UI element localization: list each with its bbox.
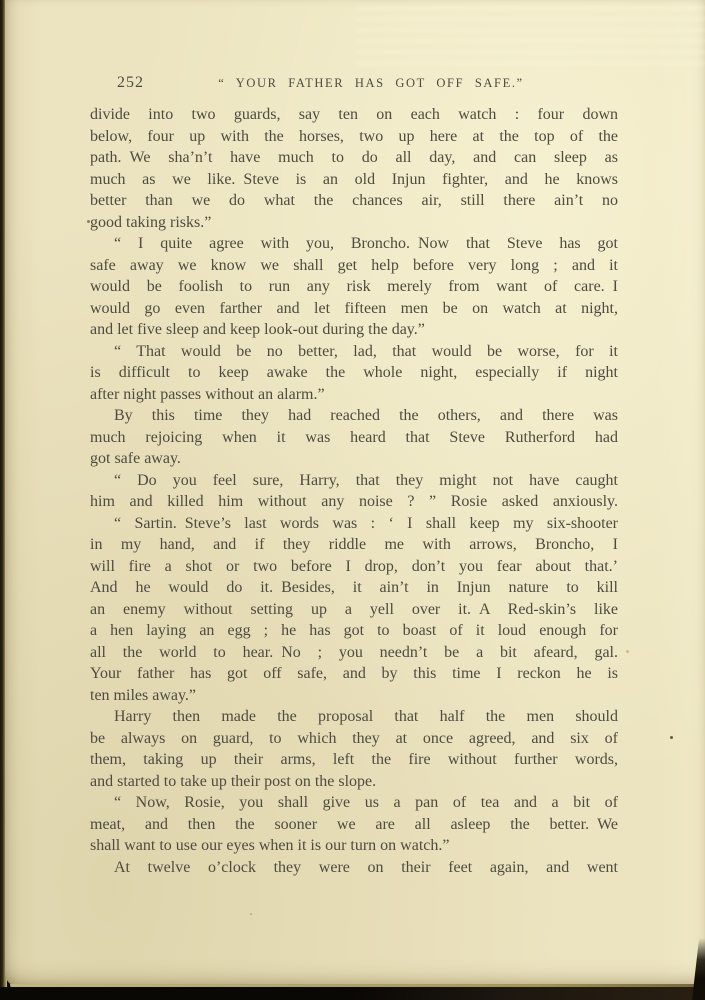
paper-speck	[670, 736, 673, 739]
scanned-book-page: 252 “ YOUR FATHER HAS GOT OFF SAFE.” div…	[0, 0, 705, 1000]
bottom-dark-band	[0, 987, 705, 1000]
paper-speck	[250, 913, 252, 915]
text-line: By this time they had reached the others…	[90, 405, 618, 427]
text-line: after night passes without an alarm.”	[90, 384, 618, 406]
text-line: Your father has got off safe, and by thi…	[90, 663, 618, 685]
text-line: below, four up with the horses, two up h…	[90, 126, 618, 148]
paragraph: “ Now, Rosie, you shall give us a pan of…	[90, 792, 618, 857]
text-line: “ Sartin. Steve’s last words was : ‘ I s…	[90, 513, 618, 535]
text-line: got safe away.	[90, 448, 618, 470]
text-line: much as we like. Steve is an old Injun f…	[90, 169, 618, 191]
scan-streaks	[355, 6, 705, 72]
text-line: will fire a shot or two before I drop, d…	[90, 556, 618, 578]
text-line: And he would do it. Besides, it ain’t in…	[90, 577, 618, 599]
text-line: in my hand, and if they riddle me with a…	[90, 534, 618, 556]
text-line: At twelve o’clock they were on their fee…	[90, 857, 618, 879]
paragraph: By this time they had reached the others…	[90, 405, 618, 470]
body-text: divide into two guards, say ten on each …	[90, 104, 618, 878]
text-line: is difficult to keep awake the whole nig…	[90, 362, 618, 384]
text-line: would be foolish to run any risk merely …	[90, 276, 618, 298]
running-title: “ YOUR FATHER HAS GOT OFF SAFE.”	[218, 76, 523, 91]
text-line: better than we do what the chances air, …	[90, 190, 618, 212]
text-line: and let five sleep and keep look-out dur…	[90, 319, 618, 341]
text-line: path. We sha’n’t have much to do all day…	[90, 147, 618, 169]
paper-speck	[87, 220, 90, 223]
text-line: be always on guard, to which they at onc…	[90, 728, 618, 750]
text-line: him and killed him without any noise ? ”…	[90, 491, 618, 513]
text-line: much rejoicing when it was heard that St…	[90, 427, 618, 449]
text-line: divide into two guards, say ten on each …	[90, 104, 618, 126]
paragraph: divide into two guards, say ten on each …	[90, 104, 618, 233]
text-line: shall want to use our eyes when it is ou…	[90, 835, 618, 857]
paragraph: “ I quite agree with you, Broncho. Now t…	[90, 233, 618, 341]
paragraph: Harry then made the proposal that half t…	[90, 706, 618, 792]
text-line: meat, and then the sooner we are all asl…	[90, 814, 618, 836]
text-line: “ Now, Rosie, you shall give us a pan of…	[90, 792, 618, 814]
text-line: “ I quite agree with you, Broncho. Now t…	[90, 233, 618, 255]
paragraph: “ Sartin. Steve’s last words was : ‘ I s…	[90, 513, 618, 707]
text-line: Harry then made the proposal that half t…	[90, 706, 618, 728]
page-header: 252 “ YOUR FATHER HAS GOT OFF SAFE.”	[90, 72, 618, 94]
text-line: safe away we know we shall get help befo…	[90, 255, 618, 277]
text-line: would go even farther and let fifteen me…	[90, 298, 618, 320]
paragraph: “ That would be no better, lad, that wou…	[90, 341, 618, 406]
text-line: “ That would be no better, lad, that wou…	[90, 341, 618, 363]
text-line: and started to take up their post on the…	[90, 771, 618, 793]
paragraph: “ Do you feel sure, Harry, that they mig…	[90, 470, 618, 513]
text-line: them, taking up their arms, left the fir…	[90, 749, 618, 771]
text-line: a hen laying an egg ; he has got to boas…	[90, 620, 618, 642]
text-line: “ Do you feel sure, Harry, that they mig…	[90, 470, 618, 492]
paragraph: At twelve o’clock they were on their fee…	[90, 857, 618, 879]
text-line: ten miles away.”	[90, 685, 618, 707]
page-number: 252	[117, 74, 144, 92]
paper-speck	[626, 650, 629, 653]
text-line: good taking risks.”	[90, 212, 618, 234]
text-line: an enemy without setting up a yell over …	[90, 599, 618, 621]
text-line: all the world to hear. No ; you needn’t …	[90, 642, 618, 664]
